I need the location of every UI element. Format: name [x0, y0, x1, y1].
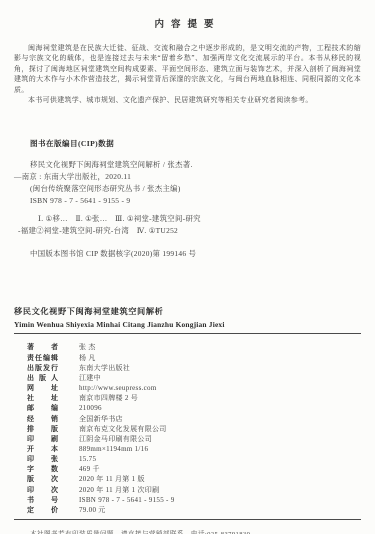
- colophon-row-postcode: 邮编210096: [14, 403, 361, 413]
- row-label: 邮编: [27, 403, 58, 413]
- colophon-row-isbn: 书号ISBN 978 - 7 - 5641 - 9155 - 9: [14, 495, 361, 505]
- row-value: 2020 年 11 月第 1 次印刷: [79, 486, 159, 494]
- colophon-list: 著者张 杰 责任编辑杨 凡 出版发行东南大学出版社 出版人江建中 网址http:…: [14, 342, 361, 515]
- row-value: 南京市四牌楼 2 号: [79, 394, 138, 402]
- cip-isbn-line: ISBN 978 - 7 - 5641 - 9155 - 9: [14, 195, 361, 207]
- colophon-row-editor: 责任编辑杨 凡: [14, 353, 361, 363]
- colophon-row-printing: 印刷江阴金马印刷有限公司: [14, 434, 361, 444]
- cip-publisher-line: —南京 : 东南大学出版社，2020.11: [14, 171, 361, 183]
- row-value: 南京布克文化发展有限公司: [79, 425, 167, 433]
- row-value: 889mm×1194mm 1/16: [79, 445, 148, 453]
- row-value: 江建中: [79, 374, 101, 382]
- cip-class-line-1: Ⅰ. ①移… Ⅱ. ①张… Ⅲ. ①祠堂-建筑空间-研究: [14, 213, 361, 225]
- row-value: http://www.seupress.com: [79, 384, 157, 392]
- cip-heading: 图书在版编目(CIP)数据: [14, 138, 361, 149]
- colophon-row-website: 网址http://www.seupress.com: [14, 383, 361, 393]
- divider-rule-top: [14, 333, 361, 334]
- colophon-row-distribution: 经销全国新华书店: [14, 414, 361, 424]
- copyright-page: 内容提要 闽海祠堂建筑是在民族大迁徙、征战、交流和融合之中逐步形成的，是文明交流…: [0, 0, 375, 534]
- row-value: 15.75: [79, 455, 96, 463]
- summary-paragraph-1: 闽海祠堂建筑是在民族大迁徙、征战、交流和融合之中逐步形成的，是文明交流的产物，工…: [14, 43, 361, 95]
- row-label: 责任编辑: [27, 353, 58, 363]
- colophon-row-edition: 版次2020 年 11 月第 1 版: [14, 474, 361, 484]
- cip-series-line: (闽台传统聚落空间形态研究丛书 / 张杰主编): [14, 183, 361, 195]
- row-label: 印次: [27, 485, 58, 495]
- colophon-row-address: 社址南京市四牌楼 2 号: [14, 393, 361, 403]
- row-value: 全国新华书店: [79, 415, 123, 423]
- colophon-row-impression: 印次2020 年 11 月第 1 次印刷: [14, 485, 361, 495]
- cip-block: 移民文化视野下闽海祠堂建筑空间解析 / 张杰著. —南京 : 东南大学出版社，2…: [14, 159, 361, 237]
- colophon-row-price: 定价79.00 元: [14, 505, 361, 515]
- colophon-row-sheets: 印张15.75: [14, 454, 361, 464]
- summary-heading: 内容提要: [14, 16, 361, 30]
- row-label: 版次: [27, 474, 58, 484]
- colophon-row-publisher: 出版发行东南大学出版社: [14, 363, 361, 373]
- row-label: 印刷: [27, 434, 58, 444]
- summary-paragraph-2: 本书可供建筑学、城市规划、文化遗产保护、民居建筑研究等相关专业研究者阅读参考。: [14, 95, 361, 105]
- colophon-row-author: 著者张 杰: [14, 342, 361, 352]
- colophon-row-format: 开本889mm×1194mm 1/16: [14, 444, 361, 454]
- row-label: 社址: [27, 393, 58, 403]
- row-value: 杨 凡: [79, 354, 96, 362]
- row-label: 开本: [27, 444, 58, 454]
- row-value: 江阴金马印刷有限公司: [79, 435, 152, 443]
- colophon-row-wordcount: 字数469 千: [14, 464, 361, 474]
- row-value: 东南大学出版社: [79, 364, 130, 372]
- row-label: 出版人: [27, 373, 58, 383]
- row-value: 469 千: [79, 465, 100, 473]
- row-label: 出版发行: [27, 363, 58, 373]
- cip-class-line-2: -福建②祠堂-建筑空间-研究-台湾 Ⅳ. ①TU252: [14, 225, 361, 237]
- row-value: ISBN 978 - 7 - 5641 - 9155 - 9: [79, 496, 175, 504]
- row-label: 印张: [27, 454, 58, 464]
- colophon-row-typesetting: 排版南京布克文化发展有限公司: [14, 424, 361, 434]
- cip-title-line: 移民文化视野下闽海祠堂建筑空间解析 / 张杰著.: [14, 159, 361, 171]
- row-label: 经销: [27, 414, 58, 424]
- row-label: 字数: [27, 464, 58, 474]
- cip-record-number: 中国版本图书馆 CIP 数据核字(2020)第 199146 号: [14, 248, 361, 259]
- row-value: 张 杰: [79, 343, 96, 351]
- quality-notice: 本社图书若有印装质量问题，请直接与营销部联系。电话:025-83791830。: [14, 528, 361, 534]
- row-label: 书号: [27, 495, 58, 505]
- book-title-pinyin: Yimin Wenhua Shiyexia Minhai Citang Jian…: [14, 320, 361, 329]
- row-label: 排版: [27, 424, 58, 434]
- colophon-row-publisher-person: 出版人江建中: [14, 373, 361, 383]
- row-label: 著者: [27, 342, 58, 352]
- row-value: 79.00 元: [79, 506, 106, 514]
- row-label: 定价: [27, 505, 58, 515]
- divider-rule-bottom: [14, 519, 361, 520]
- row-label: 网址: [27, 383, 58, 393]
- row-value: 2020 年 11 月第 1 版: [79, 475, 145, 483]
- row-value: 210096: [79, 404, 102, 412]
- book-title-chinese: 移民文化视野下闽海祠堂建筑空间解析: [14, 306, 361, 317]
